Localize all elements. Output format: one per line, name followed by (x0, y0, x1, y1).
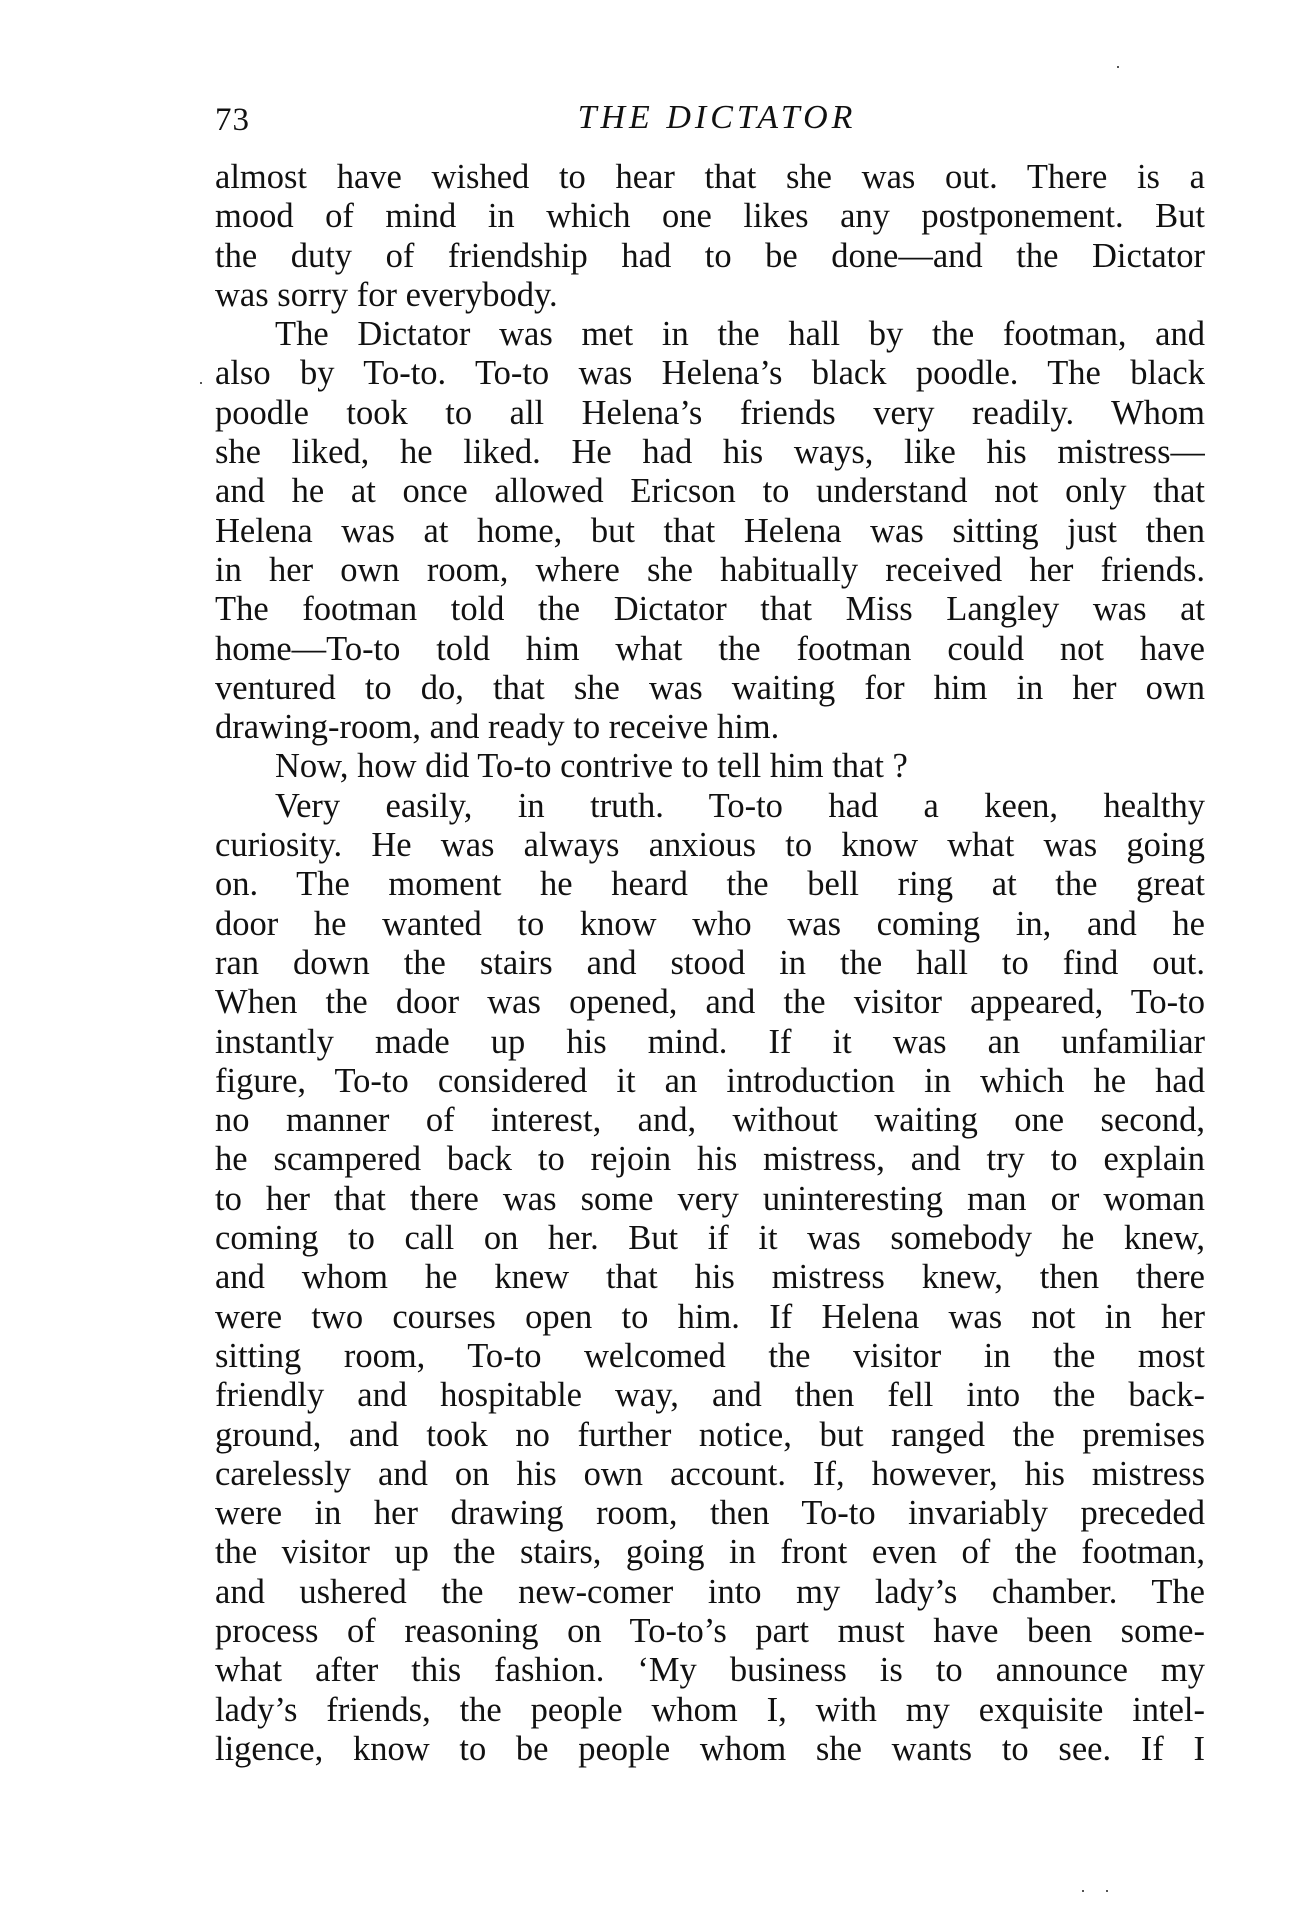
text-line: mood of mind in which one likes any post… (215, 197, 1205, 236)
text-line: poodle took to all Helena’s friends very… (215, 394, 1205, 433)
running-title: THE DICTATOR (215, 96, 1205, 140)
text-line: also by To-to. To-to was Helena’s black … (215, 354, 1205, 393)
text-line: process of reasoning on To-to’s part mus… (215, 1612, 1205, 1651)
text-line: on. The moment he heard the bell ring at… (215, 865, 1205, 904)
text-line: carelessly and on his own account. If, h… (215, 1455, 1205, 1494)
scan-speck (1082, 1890, 1084, 1892)
paragraph-end-line: was sorry for everybody. (215, 276, 1205, 315)
book-page: 73 THE DICTATOR almost have wished to he… (0, 0, 1297, 1925)
text-line: Helena was at home, but that Helena was … (215, 512, 1205, 551)
scan-speck (1117, 66, 1119, 68)
paragraph-end-line: drawing-room, and ready to receive him. (215, 708, 1205, 747)
text-line: she liked, he liked. He had his ways, li… (215, 433, 1205, 472)
scan-speck (200, 382, 202, 384)
text-line: friendly and hospitable way, and then fe… (215, 1376, 1205, 1415)
text-line: almost have wished to hear that she was … (215, 158, 1205, 197)
text-line: ligence, know to be people whom she want… (215, 1730, 1205, 1769)
text-line: door he wanted to know who was coming in… (215, 905, 1205, 944)
text-line: instantly made up his mind. If it was an… (215, 1023, 1205, 1062)
text-line: to her that there was some very unintere… (215, 1180, 1205, 1219)
paragraph-single-line: Now, how did To-to contrive to tell him … (215, 747, 1205, 786)
text-line: sitting room, To-to welcomed the visitor… (215, 1337, 1205, 1376)
text-line: were in her drawing room, then To-to inv… (215, 1494, 1205, 1533)
text-line: he scampered back to rejoin his mistress… (215, 1140, 1205, 1179)
text-line: home—To-to told him what the footman cou… (215, 630, 1205, 669)
text-line: and he at once allowed Ericson to unders… (215, 472, 1205, 511)
text-line: were two courses open to him. If Helena … (215, 1298, 1205, 1337)
text-line: and whom he knew that his mistress knew,… (215, 1258, 1205, 1297)
text-line: and ushered the new-comer into my lady’s… (215, 1573, 1205, 1612)
text-line: the duty of friendship had to be done—an… (215, 237, 1205, 276)
text-line: curiosity. He was always anxious to know… (215, 826, 1205, 865)
text-line: the visitor up the stairs, going in fron… (215, 1533, 1205, 1572)
text-line: The footman told the Dictator that Miss … (215, 590, 1205, 629)
paragraph-start-line: The Dictator was met in the hall by the … (215, 315, 1205, 354)
text-line: ground, and took no further notice, but … (215, 1416, 1205, 1455)
paragraph-start-line: Very easily, in truth. To-to had a keen,… (215, 787, 1205, 826)
text-line: in her own room, where she habitually re… (215, 551, 1205, 590)
text-line: figure, To-to considered it an introduct… (215, 1062, 1205, 1101)
body-text: almost have wished to hear that she was … (215, 158, 1205, 1769)
scan-speck (1106, 1890, 1108, 1892)
text-line: what after this fashion. ‘My business is… (215, 1651, 1205, 1690)
running-head: 73 THE DICTATOR (215, 96, 1205, 140)
text-line: coming to call on her. But if it was som… (215, 1219, 1205, 1258)
text-line: lady’s friends, the people whom I, with … (215, 1691, 1205, 1730)
text-line: ventured to do, that she was waiting for… (215, 669, 1205, 708)
text-line: When the door was opened, and the visito… (215, 983, 1205, 1022)
text-line: ran down the stairs and stood in the hal… (215, 944, 1205, 983)
text-line: no manner of interest, and, without wait… (215, 1101, 1205, 1140)
